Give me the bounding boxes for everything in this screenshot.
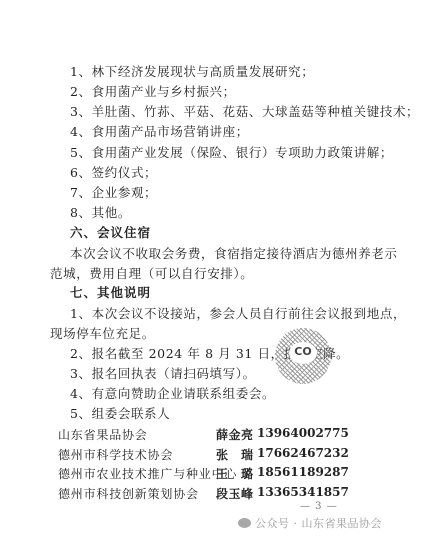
document-page: 1、林下经济发展现状与高质量发展研究； 2、食用菌产业与乡村振兴； 3、羊肚菌、…: [0, 0, 421, 550]
note-item-1-continued: 现场停车位充足。: [50, 326, 155, 342]
contact-phone: 17662467232: [257, 446, 349, 460]
agenda-item-5: 5、食用菌产业发展（保险、银行）专项助力政策讲解；: [70, 145, 393, 161]
note-item-5: 5、组委会联系人: [70, 406, 170, 422]
contact-phone: 13964002775: [257, 426, 349, 440]
contact-person: 王 璐: [216, 465, 254, 482]
contact-person: 张 瑞: [216, 446, 254, 463]
agenda-item-3: 3、羊肚菌、竹荪、平菇、花菇、大球盖菇等种植关键技术；: [70, 104, 419, 120]
section-heading-accommodation: 六、会议住宿: [70, 225, 151, 241]
contact-row: 德州市农业技术推广与种业中心 王 璐 18561189287: [58, 465, 378, 481]
contact-person: 薛金亮: [216, 426, 254, 443]
accommodation-paragraph-line-2: 范城，费用自理（可以自行安排）。: [50, 266, 253, 282]
wechat-icon: [238, 518, 251, 528]
note-item-3: 3、报名回执表（请扫码填写）。: [70, 366, 256, 382]
contact-person: 段玉峰: [216, 485, 254, 502]
agenda-item-7: 7、企业参观；: [70, 185, 157, 201]
contact-row: 德州市科技创新策划协会 段玉峰 13365341857: [58, 485, 378, 501]
contact-row: 山东省果品协会 薛金亮 13964002775: [58, 426, 378, 442]
agenda-item-4: 4、食用菌产品市场营销讲座；: [70, 124, 249, 140]
contact-phone: 18561189287: [257, 465, 349, 479]
agenda-item-6: 6、签约仪式；: [70, 165, 157, 181]
qr-logo: CO: [289, 342, 317, 364]
agenda-item-2: 2、食用菌产业与乡村振兴；: [70, 84, 236, 100]
contact-row: 德州市科学技术协会 张 瑞 17662467232: [58, 446, 378, 462]
note-item-4: 4、有意向赞助企业请联系组委会。: [70, 386, 275, 402]
agenda-item-1: 1、林下经济发展现状与高质量发展研究；: [70, 64, 314, 80]
contact-org: 德州市农业技术推广与种业中心: [58, 465, 237, 482]
wechat-watermark: 公众号 · 山东省果品协会: [238, 515, 382, 531]
contact-phone: 13365341857: [257, 485, 349, 499]
accommodation-paragraph-line-1: 本次会议不收取会务费，食宿指定接待酒店为德州养老示: [70, 246, 398, 262]
section-heading-other-notes: 七、其他说明: [70, 285, 151, 301]
contact-org: 德州市科技创新策划协会: [58, 485, 199, 502]
watermark-text: 公众号 · 山东省果品协会: [255, 517, 382, 530]
contact-org: 德州市科学技术协会: [58, 446, 173, 463]
note-item-1: 1、本次会议不设接站，参会人员自行前往会议报到地点，: [70, 306, 406, 322]
page-number: — 3 —: [300, 501, 338, 512]
agenda-item-8: 8、其他。: [70, 205, 131, 221]
contact-org: 山东省果品协会: [58, 426, 148, 443]
